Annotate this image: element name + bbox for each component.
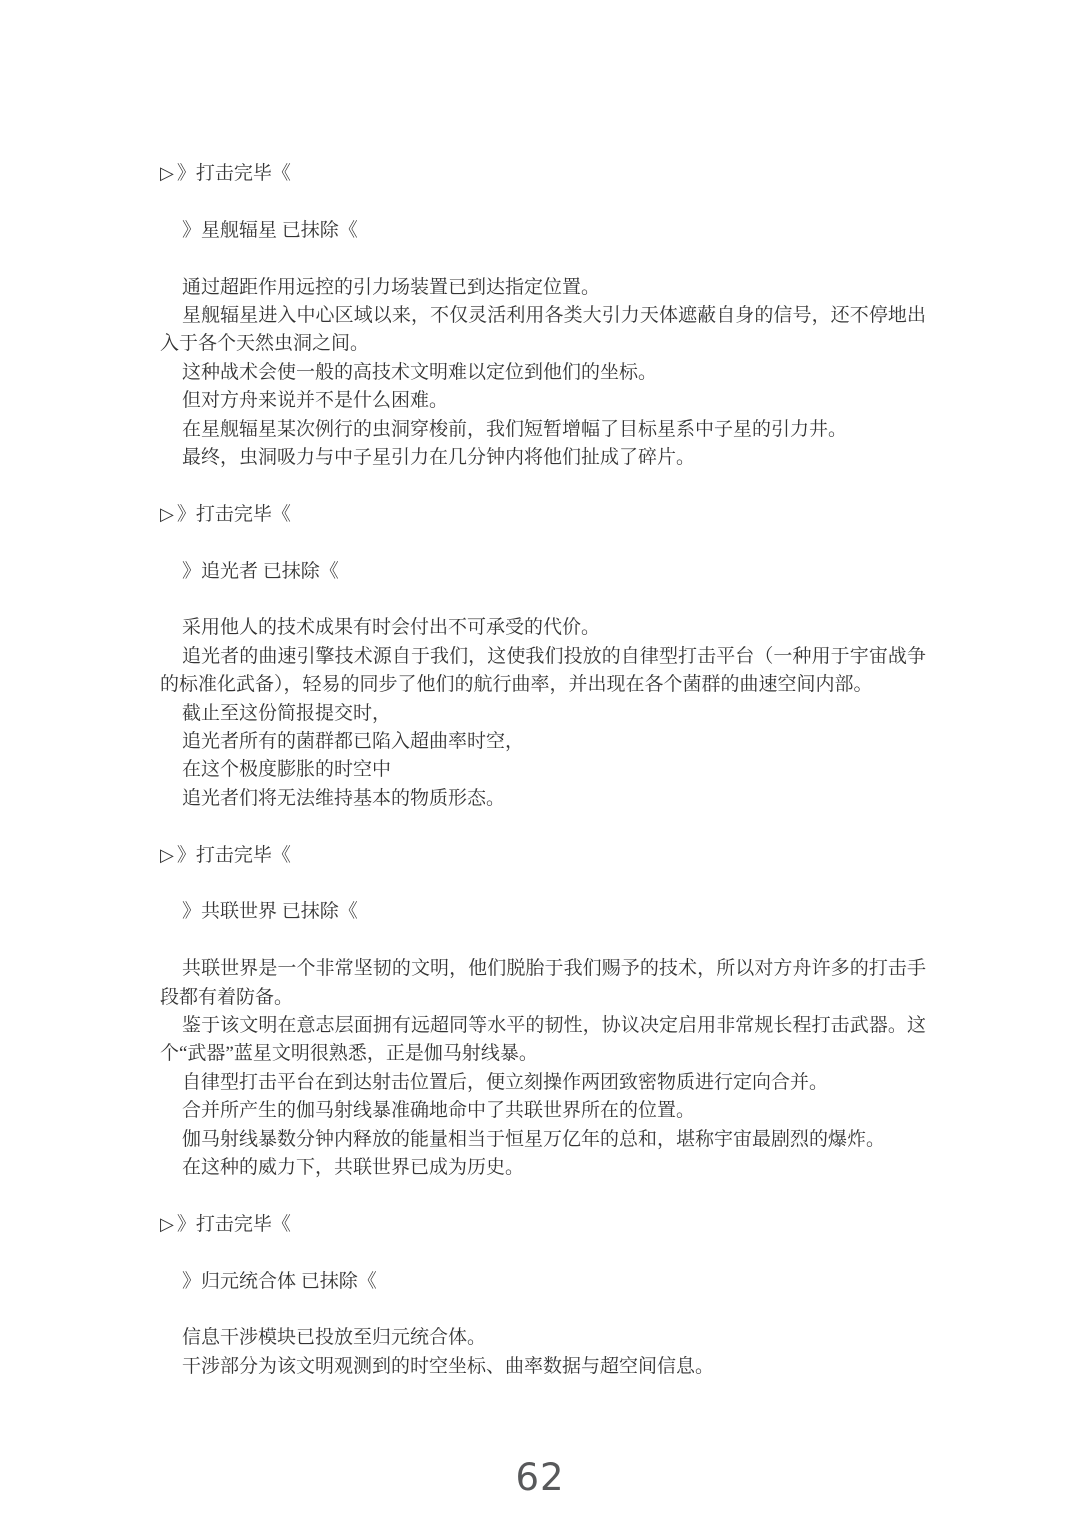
section-body: 信息干涉模块已投放至归元统合体。 干涉部分为该文明观测到的时空坐标、曲率数据与超… xyxy=(160,1324,926,1381)
erasure-subheader: 》追光者 已抹除《 xyxy=(160,558,926,586)
body-paragraph: 追光者所有的菌群都已陷入超曲率时空， xyxy=(160,728,926,756)
triangle-marker-icon: ▷ xyxy=(160,1214,174,1235)
body-paragraph: 在这个极度膨胀的时空中 xyxy=(160,756,926,784)
body-paragraph: 追光者们将无法维持基本的物质形态。 xyxy=(160,785,926,813)
body-paragraph: 截止至这份简报提交时， xyxy=(160,700,926,728)
body-paragraph: 干涉部分为该文明观测到的时空坐标、曲率数据与超空间信息。 xyxy=(160,1353,926,1381)
body-paragraph: 星舰辐星进入中心区域以来，不仅灵活利用各类大引力天体遮蔽自身的信号，还不停地出入… xyxy=(160,302,926,359)
triangle-marker-icon: ▷ xyxy=(160,163,174,184)
triangle-marker-icon: ▷ xyxy=(160,504,174,525)
strike-report-section: ▷》打击完毕《 》追光者 已抹除《 采用他人的技术成果有时会付出不可承受的代价。… xyxy=(160,501,926,813)
strike-complete-header: ▷》打击完毕《 xyxy=(160,842,926,870)
strike-report-section: ▷》打击完毕《 》归元统合体 已抹除《 信息干涉模块已投放至归元统合体。 干涉部… xyxy=(160,1211,926,1381)
strike-report-section: ▷》打击完毕《 》星舰辐星 已抹除《 通过超距作用远控的引力场装置已到达指定位置… xyxy=(160,160,926,472)
strike-complete-header: ▷》打击完毕《 xyxy=(160,160,926,188)
strike-complete-label: 》打击完毕《 xyxy=(177,504,291,525)
triangle-marker-icon: ▷ xyxy=(160,845,174,866)
body-paragraph: 合并所产生的伽马射线暴准确地命中了共联世界所在的位置。 xyxy=(160,1097,926,1125)
strike-complete-header: ▷》打击完毕《 xyxy=(160,1211,926,1239)
erasure-subheader: 》归元统合体 已抹除《 xyxy=(160,1268,926,1296)
body-paragraph: 但对方舟来说并不是什么困难。 xyxy=(160,387,926,415)
body-paragraph: 通过超距作用远控的引力场装置已到达指定位置。 xyxy=(160,274,926,302)
strike-complete-label: 》打击完毕《 xyxy=(177,1214,291,1235)
document-page: ▷》打击完毕《 》星舰辐星 已抹除《 通过超距作用远控的引力场装置已到达指定位置… xyxy=(0,0,1080,1527)
strike-complete-label: 》打击完毕《 xyxy=(177,845,291,866)
body-paragraph: 最终，虫洞吸力与中子星引力在几分钟内将他们扯成了碎片。 xyxy=(160,444,926,472)
page-number: 62 xyxy=(0,1456,1080,1499)
body-paragraph: 采用他人的技术成果有时会付出不可承受的代价。 xyxy=(160,614,926,642)
strike-complete-label: 》打击完毕《 xyxy=(177,163,291,184)
page-content: ▷》打击完毕《 》星舰辐星 已抹除《 通过超距作用远控的引力场装置已到达指定位置… xyxy=(160,160,926,1410)
section-body: 采用他人的技术成果有时会付出不可承受的代价。 追光者的曲速引擎技术源自于我们，这… xyxy=(160,614,926,813)
body-paragraph: 共联世界是一个非常坚韧的文明，他们脱胎于我们赐予的技术，所以对方舟许多的打击手段… xyxy=(160,955,926,1012)
section-body: 共联世界是一个非常坚韧的文明，他们脱胎于我们赐予的技术，所以对方舟许多的打击手段… xyxy=(160,955,926,1182)
strike-report-section: ▷》打击完毕《 》共联世界 已抹除《 共联世界是一个非常坚韧的文明，他们脱胎于我… xyxy=(160,842,926,1183)
erasure-subheader: 》星舰辐星 已抹除《 xyxy=(160,217,926,245)
body-paragraph: 追光者的曲速引擎技术源自于我们，这使我们投放的自律型打击平台（一种用于宇宙战争的… xyxy=(160,643,926,700)
erasure-subheader: 》共联世界 已抹除《 xyxy=(160,898,926,926)
body-paragraph: 在这种的威力下，共联世界已成为历史。 xyxy=(160,1154,926,1182)
body-paragraph: 自律型打击平台在到达射击位置后，便立刻操作两团致密物质进行定向合并。 xyxy=(160,1069,926,1097)
section-body: 通过超距作用远控的引力场装置已到达指定位置。 星舰辐星进入中心区域以来，不仅灵活… xyxy=(160,274,926,473)
body-paragraph: 鉴于该文明在意志层面拥有远超同等水平的韧性，协议决定启用非常规长程打击武器。这个… xyxy=(160,1012,926,1069)
body-paragraph: 信息干涉模块已投放至归元统合体。 xyxy=(160,1324,926,1352)
body-paragraph: 伽马射线暴数分钟内释放的能量相当于恒星万亿年的总和，堪称宇宙最剧烈的爆炸。 xyxy=(160,1126,926,1154)
body-paragraph: 在星舰辐星某次例行的虫洞穿梭前，我们短暂增幅了目标星系中子星的引力井。 xyxy=(160,416,926,444)
strike-complete-header: ▷》打击完毕《 xyxy=(160,501,926,529)
body-paragraph: 这种战术会使一般的高技术文明难以定位到他们的坐标。 xyxy=(160,359,926,387)
